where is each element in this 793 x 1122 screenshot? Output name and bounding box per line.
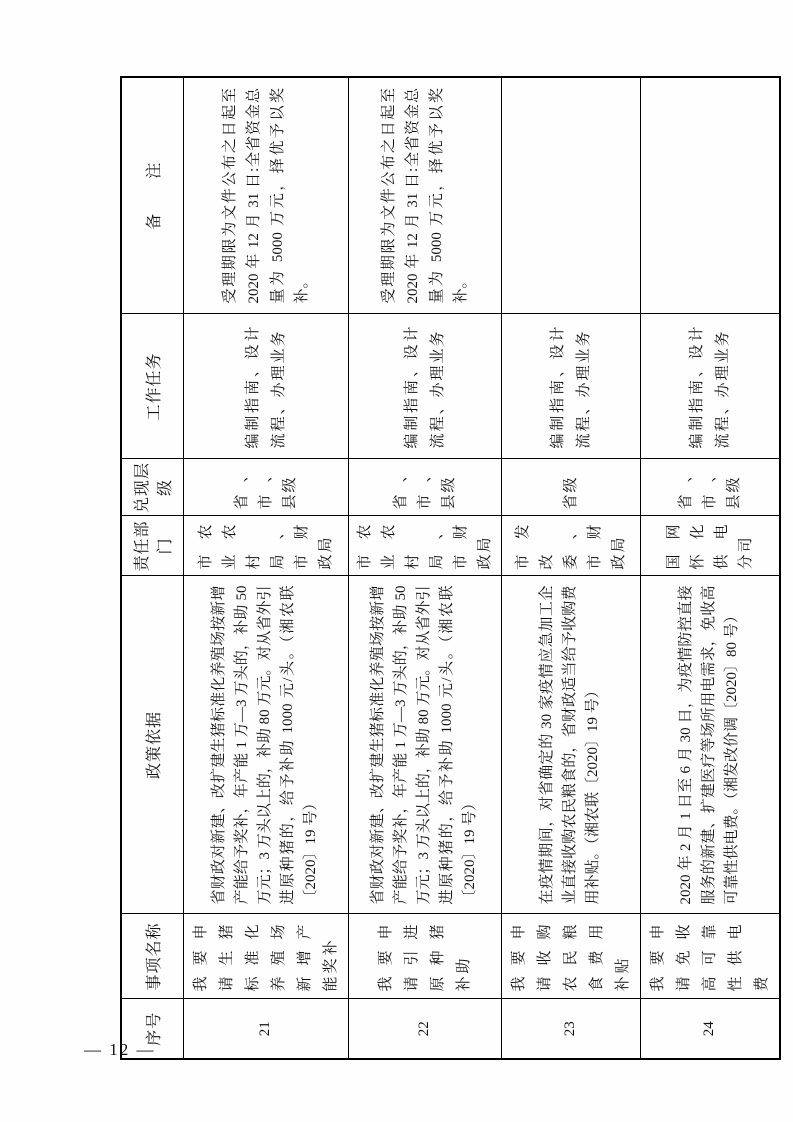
table-row: 21 我要申请生猪标准化养殖场新增产能奖补 省财政对新建、改扩建生猪标准化养殖场…	[183, 77, 348, 1059]
cell-policy-basis: 在疫情期间，对省确定的 30 家疫情应急加工企业直接收购农民粮食的，省财政适当给…	[501, 576, 640, 914]
cell-remark: 受理期限为文件公布之日起至 2020 年 12 月 31 日:全省资金总量为 5…	[183, 77, 348, 314]
cell-remark	[501, 77, 640, 314]
cell-policy-basis: 省财政对新建、改扩建生猪标准化养殖场按新增产能给予奖补，年产能 1 万—3 万头…	[183, 576, 348, 914]
cell-responsible-dept: 国网怀化供电分司	[640, 516, 780, 576]
table-row: 22 我要申请引进原种猪补助 省财政对新建、改扩建生猪标准化养殖场按新增产能给予…	[348, 77, 501, 1059]
header-duixian-cengji: 兑现层级	[121, 459, 183, 516]
header-beizhu: 备 注	[121, 77, 183, 314]
cell-fulfillment-level: 省级	[501, 459, 640, 516]
header-zeren-bumen: 责任部门	[121, 516, 183, 576]
cell-item-name: 我要申请生猪标准化养殖场新增产能奖补	[183, 914, 348, 999]
cell-work-task: 编制指南、设计流程、办理业务	[501, 314, 640, 459]
table-row: 23 我要申请收购农民粮食费用补贴 在疫情期间，对省确定的 30 家疫情应急加工…	[501, 77, 640, 1059]
header-gongzuo-renwu: 工作任务	[121, 314, 183, 459]
cell-row-number: 22	[348, 999, 501, 1059]
cell-responsible-dept: 市农业农村局、市财政局	[348, 516, 501, 576]
cell-row-number: 21	[183, 999, 348, 1059]
cell-row-number: 24	[640, 999, 780, 1059]
page-number: — 12 —	[84, 1040, 156, 1060]
cell-work-task: 编制指南、设计流程、办理业务	[183, 314, 348, 459]
cell-policy-basis: 省财政对新建、改扩建生猪标准化养殖场按新增产能给予奖补，年产能 1 万—3 万头…	[348, 576, 501, 914]
policy-table: 序号 事项名称 政策依据 责任部门 兑现层级 工作任务 备 注 21 我要申请生…	[120, 76, 781, 1060]
cell-fulfillment-level: 省、市、县级	[348, 459, 501, 516]
cell-remark	[640, 77, 780, 314]
cell-fulfillment-level: 省、市、县级	[183, 459, 348, 516]
cell-policy-basis: 2020 年 2 月 1 日至 6 月 30 日，为疫情防控直接服务的新建、扩建…	[640, 576, 780, 914]
cell-work-task: 编制指南、设计流程、办理业务	[640, 314, 780, 459]
cell-responsible-dept: 市农业农村局、市财政局	[183, 516, 348, 576]
document-page: 序号 事项名称 政策依据 责任部门 兑现层级 工作任务 备 注 21 我要申请生…	[0, 0, 793, 1122]
cell-row-number: 23	[501, 999, 640, 1059]
table-header-row: 序号 事项名称 政策依据 责任部门 兑现层级 工作任务 备 注	[121, 77, 183, 1059]
cell-item-name: 我要申请收购农民粮食费用补贴	[501, 914, 640, 999]
cell-remark: 受理期限为文件公布之日起至 2020 年 12 月 31 日:全省资金总量为 5…	[348, 77, 501, 314]
table-row: 24 我要申请免收高可靠性供电费 2020 年 2 月 1 日至 6 月 30 …	[640, 77, 780, 1059]
header-zhengce-yiju: 政策依据	[121, 576, 183, 914]
header-shixiang-mingcheng: 事项名称	[121, 914, 183, 999]
cell-fulfillment-level: 省、市、县级	[640, 459, 780, 516]
cell-item-name: 我要申请引进原种猪补助	[348, 914, 501, 999]
cell-work-task: 编制指南、设计流程、办理业务	[348, 314, 501, 459]
cell-item-name: 我要申请免收高可靠性供电费	[640, 914, 780, 999]
rotated-table: 序号 事项名称 政策依据 责任部门 兑现层级 工作任务 备 注 21 我要申请生…	[120, 78, 682, 1060]
rotated-table-wrapper: 序号 事项名称 政策依据 责任部门 兑现层级 工作任务 备 注 21 我要申请生…	[120, 78, 682, 1060]
cell-responsible-dept: 市发改委、市财政局	[501, 516, 640, 576]
